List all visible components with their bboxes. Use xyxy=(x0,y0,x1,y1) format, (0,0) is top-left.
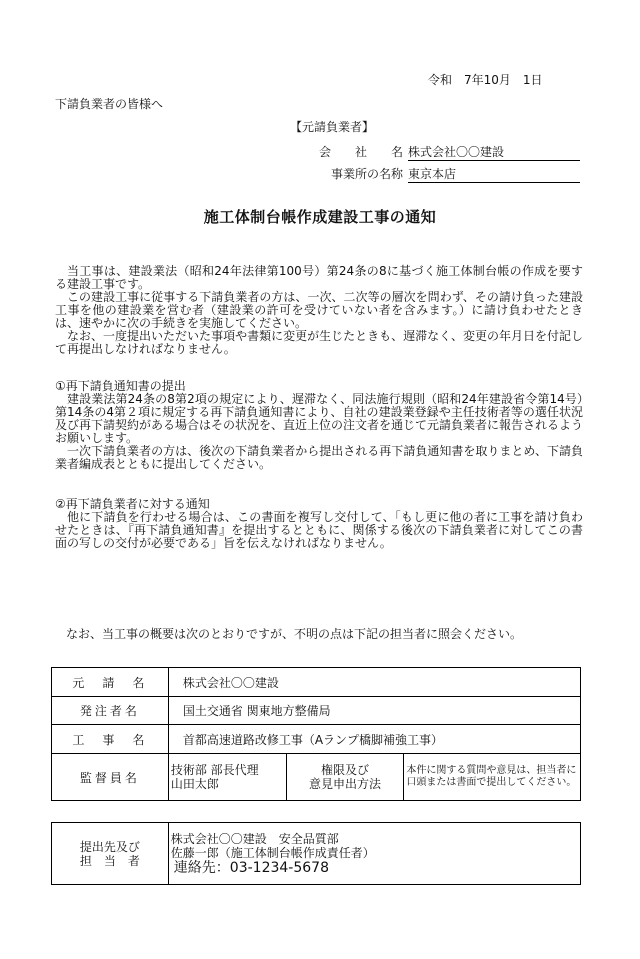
section-2: ②再下請負業者に対する通知 他に下請負を行わせる場合は、この書面を複写し交付して… xyxy=(55,498,583,550)
section-1-paragraph-2: 一次下請負業者の方は、後次の下請負業者から提出される再下請負通知書を取りまとめ、… xyxy=(55,445,583,471)
authority-value: 本件に関する質問や意見は、担当者に口頭または書面で提出してください。 xyxy=(404,754,581,801)
contact-label-line2: 担 当 者 xyxy=(56,854,164,868)
intro-section: 当工事は、建設業法（昭和24年法律第100号）第24条の8に基づく施工体制台帳の… xyxy=(55,265,583,356)
overview-note: なお、当工事の概要は次のとおりですが、不明の点は下記の担当者に照会ください。 xyxy=(66,627,522,641)
client-value: 国土交通省 関東地方整備局 xyxy=(168,697,580,725)
document-title: 施工体制台帳作成建設工事の通知 xyxy=(0,206,640,227)
contact-table: 提出先及び 担 当 者 株式会社〇〇建設 安全品質部 佐藤一郎（施工体制台帳作成… xyxy=(51,822,581,885)
office-row: 事業所の名称 東京本店 xyxy=(300,162,582,182)
contact-phone: 連絡先：03-1234-5678 xyxy=(171,860,576,876)
table-row: 発注者名 国土交通省 関東地方整備局 xyxy=(52,697,581,725)
contact-label-cell: 提出先及び 担 当 者 xyxy=(52,823,169,885)
supervisor-name: 山田太郎 xyxy=(171,777,282,791)
project-name-value: 首都高速道路改修工事（Aランプ橋脚補強工事） xyxy=(168,725,580,754)
contact-department: 株式会社〇〇建設 安全品質部 xyxy=(171,832,576,846)
project-name-label: 工 事 名 xyxy=(52,725,169,754)
section-1-paragraph-1: 建設業法第24条の8第2項の規定により、遅滞なく、同法施行規則（昭和24年建設省… xyxy=(55,393,583,445)
prime-contractor-label: 元 請 名 xyxy=(52,668,169,697)
table-row: 提出先及び 担 当 者 株式会社〇〇建設 安全品質部 佐藤一郎（施工体制台帳作成… xyxy=(52,823,581,885)
issue-date: 令和 7年10月 1日 xyxy=(428,73,543,87)
contractor-heading: 【元請負業者】 xyxy=(290,120,374,134)
section-1: ①再下請負通知書の提出 建設業法第24条の8第2項の規定により、遅滞なく、同法施… xyxy=(55,380,583,471)
supervisor-name-cell: 技術部 部長代理 山田太郎 xyxy=(168,754,286,801)
prime-contractor-value: 株式会社〇〇建設 xyxy=(168,668,580,697)
intro-paragraph-1: 当工事は、建設業法（昭和24年法律第100号）第24条の8に基づく施工体制台帳の… xyxy=(55,265,583,291)
company-label: 会 社 名 xyxy=(300,143,403,160)
section-2-paragraph-1: 他に下請負を行わせる場合は、この書面を複写し交付して、「もし更に他の者に工事を請… xyxy=(55,511,583,550)
authority-label-cell: 権限及び 意見申出方法 xyxy=(286,754,404,801)
supervisor-title: 技術部 部長代理 xyxy=(171,763,282,777)
contact-value-cell: 株式会社〇〇建設 安全品質部 佐藤一郎（施工体制台帳作成責任者） 連絡先：03-… xyxy=(168,823,580,885)
addressee: 下請負業者の皆様へ xyxy=(55,97,163,111)
authority-label-line2: 意見申出方法 xyxy=(291,777,400,791)
contact-label-line1: 提出先及び xyxy=(56,840,164,854)
authority-label-line1: 権限及び xyxy=(291,763,400,777)
office-label: 事業所の名称 xyxy=(300,165,403,182)
summary-table: 元 請 名 株式会社〇〇建設 発注者名 国土交通省 関東地方整備局 工 事 名 … xyxy=(51,667,581,801)
intro-paragraph-2: この建設工事に従事する下請負業者の方は、一次、二次等の層次を問わず、その請け負っ… xyxy=(55,291,583,330)
supervisor-label: 監督員名 xyxy=(52,754,169,801)
table-row: 監督員名 技術部 部長代理 山田太郎 権限及び 意見申出方法 本件に関する質問や… xyxy=(52,754,581,801)
table-row: 元 請 名 株式会社〇〇建設 xyxy=(52,668,581,697)
contact-person: 佐藤一郎（施工体制台帳作成責任者） xyxy=(171,846,576,860)
client-label: 発注者名 xyxy=(52,697,169,725)
company-row: 会 社 名 株式会社〇〇建設 xyxy=(300,140,582,160)
table-row: 工 事 名 首都高速道路改修工事（Aランプ橋脚補強工事） xyxy=(52,725,581,754)
company-value: 株式会社〇〇建設 xyxy=(408,143,580,161)
intro-paragraph-3: なお、一度提出いただいた事項や書類に変更が生じたときも、遅滞なく、変更の年月日を… xyxy=(55,330,583,356)
office-value: 東京本店 xyxy=(408,165,580,183)
